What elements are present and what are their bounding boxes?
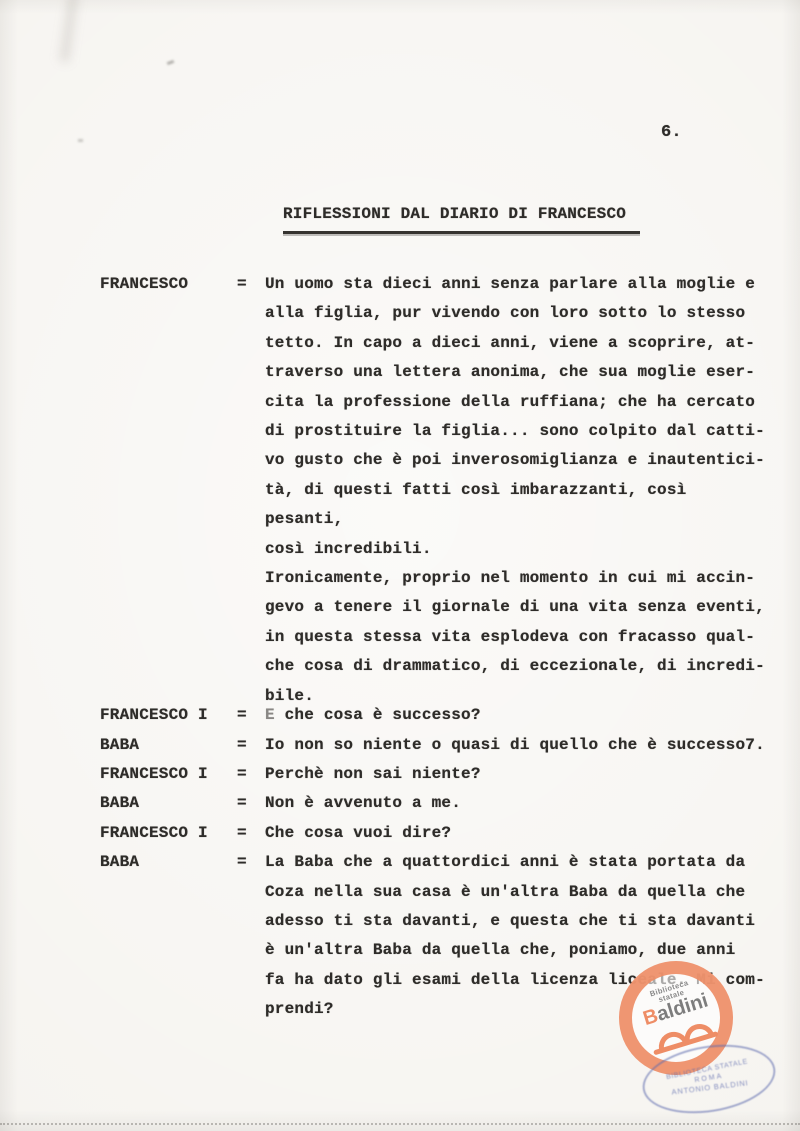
library-logo-content: Biblioteca statale Baldini xyxy=(635,975,719,1056)
dialogue-row: FRANCESCO I = Che cosa vuoi dire? xyxy=(100,819,772,848)
dialogue-row: BABA = Io non so niente o quasi di quell… xyxy=(100,731,772,760)
page-number: 6. xyxy=(661,118,682,147)
dialogue-row: BABA = Non è avvenuto a me. xyxy=(100,789,772,818)
dialogue-row: FRANCESCO I = E che cosa è successo? xyxy=(100,701,772,730)
dialogue-row: FRANCESCO = Un uomo sta dieci anni senza… xyxy=(100,270,772,711)
speaker-name: BABA xyxy=(100,731,237,760)
speaker-name: FRANCESCO I xyxy=(100,701,237,730)
equals-separator: = xyxy=(237,848,265,877)
scan-edge-artifact xyxy=(0,1123,800,1125)
equals-separator: = xyxy=(237,270,265,299)
scanned-script-page: 6. RIFLESSIONI DAL DIARIO DI FRANCESCO F… xyxy=(0,0,800,1131)
scan-smudge xyxy=(59,0,79,62)
speaker-name: BABA xyxy=(100,848,237,877)
dialogue-block: FRANCESCO = Un uomo sta dieci anni senza… xyxy=(100,270,772,1025)
speaker-name: FRANCESCO xyxy=(100,270,237,299)
equals-separator: = xyxy=(237,760,265,789)
dialogue-row: FRANCESCO I = Perchè non sai niente? xyxy=(100,760,772,789)
speaker-name: FRANCESCO I xyxy=(100,819,237,848)
scan-speck xyxy=(78,139,83,142)
scan-speck xyxy=(167,60,175,65)
equals-separator: = xyxy=(237,701,265,730)
dialogue-text: E che cosa è successo? xyxy=(265,701,772,730)
equals-separator: = xyxy=(237,819,265,848)
speaker-name: FRANCESCO I xyxy=(100,760,237,789)
equals-separator: = xyxy=(237,789,265,818)
speaker-name: BABA xyxy=(100,789,237,818)
dialogue-text: Un uomo sta dieci anni senza parlare all… xyxy=(265,270,772,711)
dialogue-text: Io non so niente o quasi di quello che è… xyxy=(265,731,772,760)
page-title: RIFLESSIONI DAL DIARIO DI FRANCESCO xyxy=(283,200,640,234)
dialogue-text: Che cosa vuoi dire? xyxy=(265,819,772,848)
dialogue-text: Perchè non sai niente? xyxy=(265,760,772,789)
equals-separator: = xyxy=(237,731,265,760)
dialogue-text: Non è avvenuto a me. xyxy=(265,789,772,818)
